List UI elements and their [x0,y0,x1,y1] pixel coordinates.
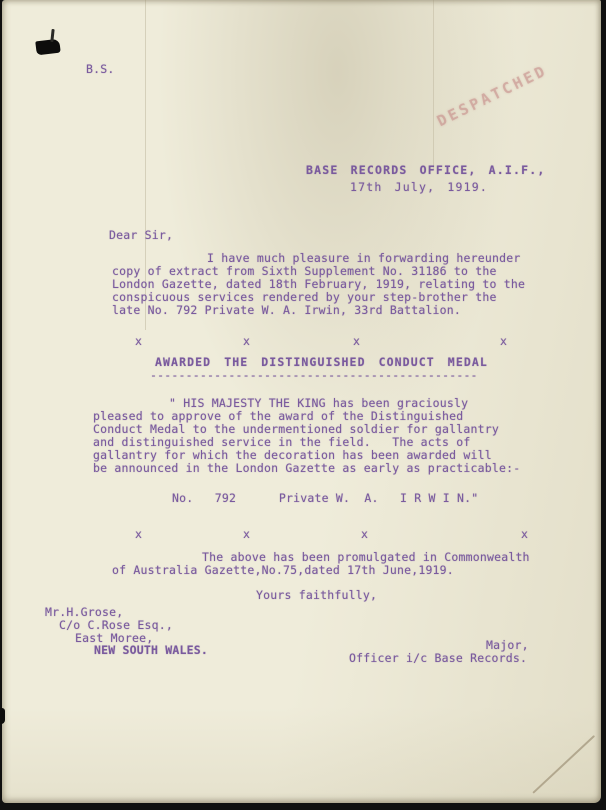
separator-x: x [353,334,360,348]
paragraph-2: " HIS MAJESTY THE KING has been gracious… [93,397,520,475]
separator-x: x [243,334,250,348]
separator-x: x [500,334,507,348]
medal-recipient-line: No. 792 Private W. A. I R W I N." [172,492,478,505]
letterhead-date: 17th July, 1919. [350,181,488,194]
ink-blot-artifact [35,39,61,56]
paper-crease-vertical-2 [433,0,434,170]
separator-x: x [135,527,142,541]
separator-x: x [135,334,142,348]
signature-title: Officer i/c Base Records. [349,652,527,665]
paragraph-1: I have much pleasure in forwarding hereu… [112,252,525,317]
valediction: Yours faithfully, [256,589,377,602]
paper-crease-corner [532,735,595,794]
recipient-state: NEW SOUTH WALES. [94,644,208,657]
paragraph-3: The above has been promulgated in Common… [112,551,530,577]
heading-underline: ----------------------------------------… [150,369,478,382]
despatched-stamp: DESPATCHED [434,44,586,130]
letterhead-office: BASE RECORDS OFFICE, A.I.F., [306,164,545,177]
edge-mark-artifact [0,708,5,724]
letter-line: of Australia Gazette,No.75,dated 17th Ju… [112,564,530,577]
letter-paper: B.S. DESPATCHED BASE RECORDS OFFICE, A.I… [2,0,601,803]
reference-code: B.S. [86,63,115,76]
letter-line: late No. 792 Private W. A. Irwin, 33rd B… [112,304,525,317]
separator-x: x [521,527,528,541]
separator-x: x [243,527,250,541]
document-scan: B.S. DESPATCHED BASE RECORDS OFFICE, A.I… [0,0,606,810]
letter-line: be announced in the London Gazette as ea… [93,462,520,475]
salutation: Dear Sir, [109,229,173,242]
separator-x: x [361,527,368,541]
